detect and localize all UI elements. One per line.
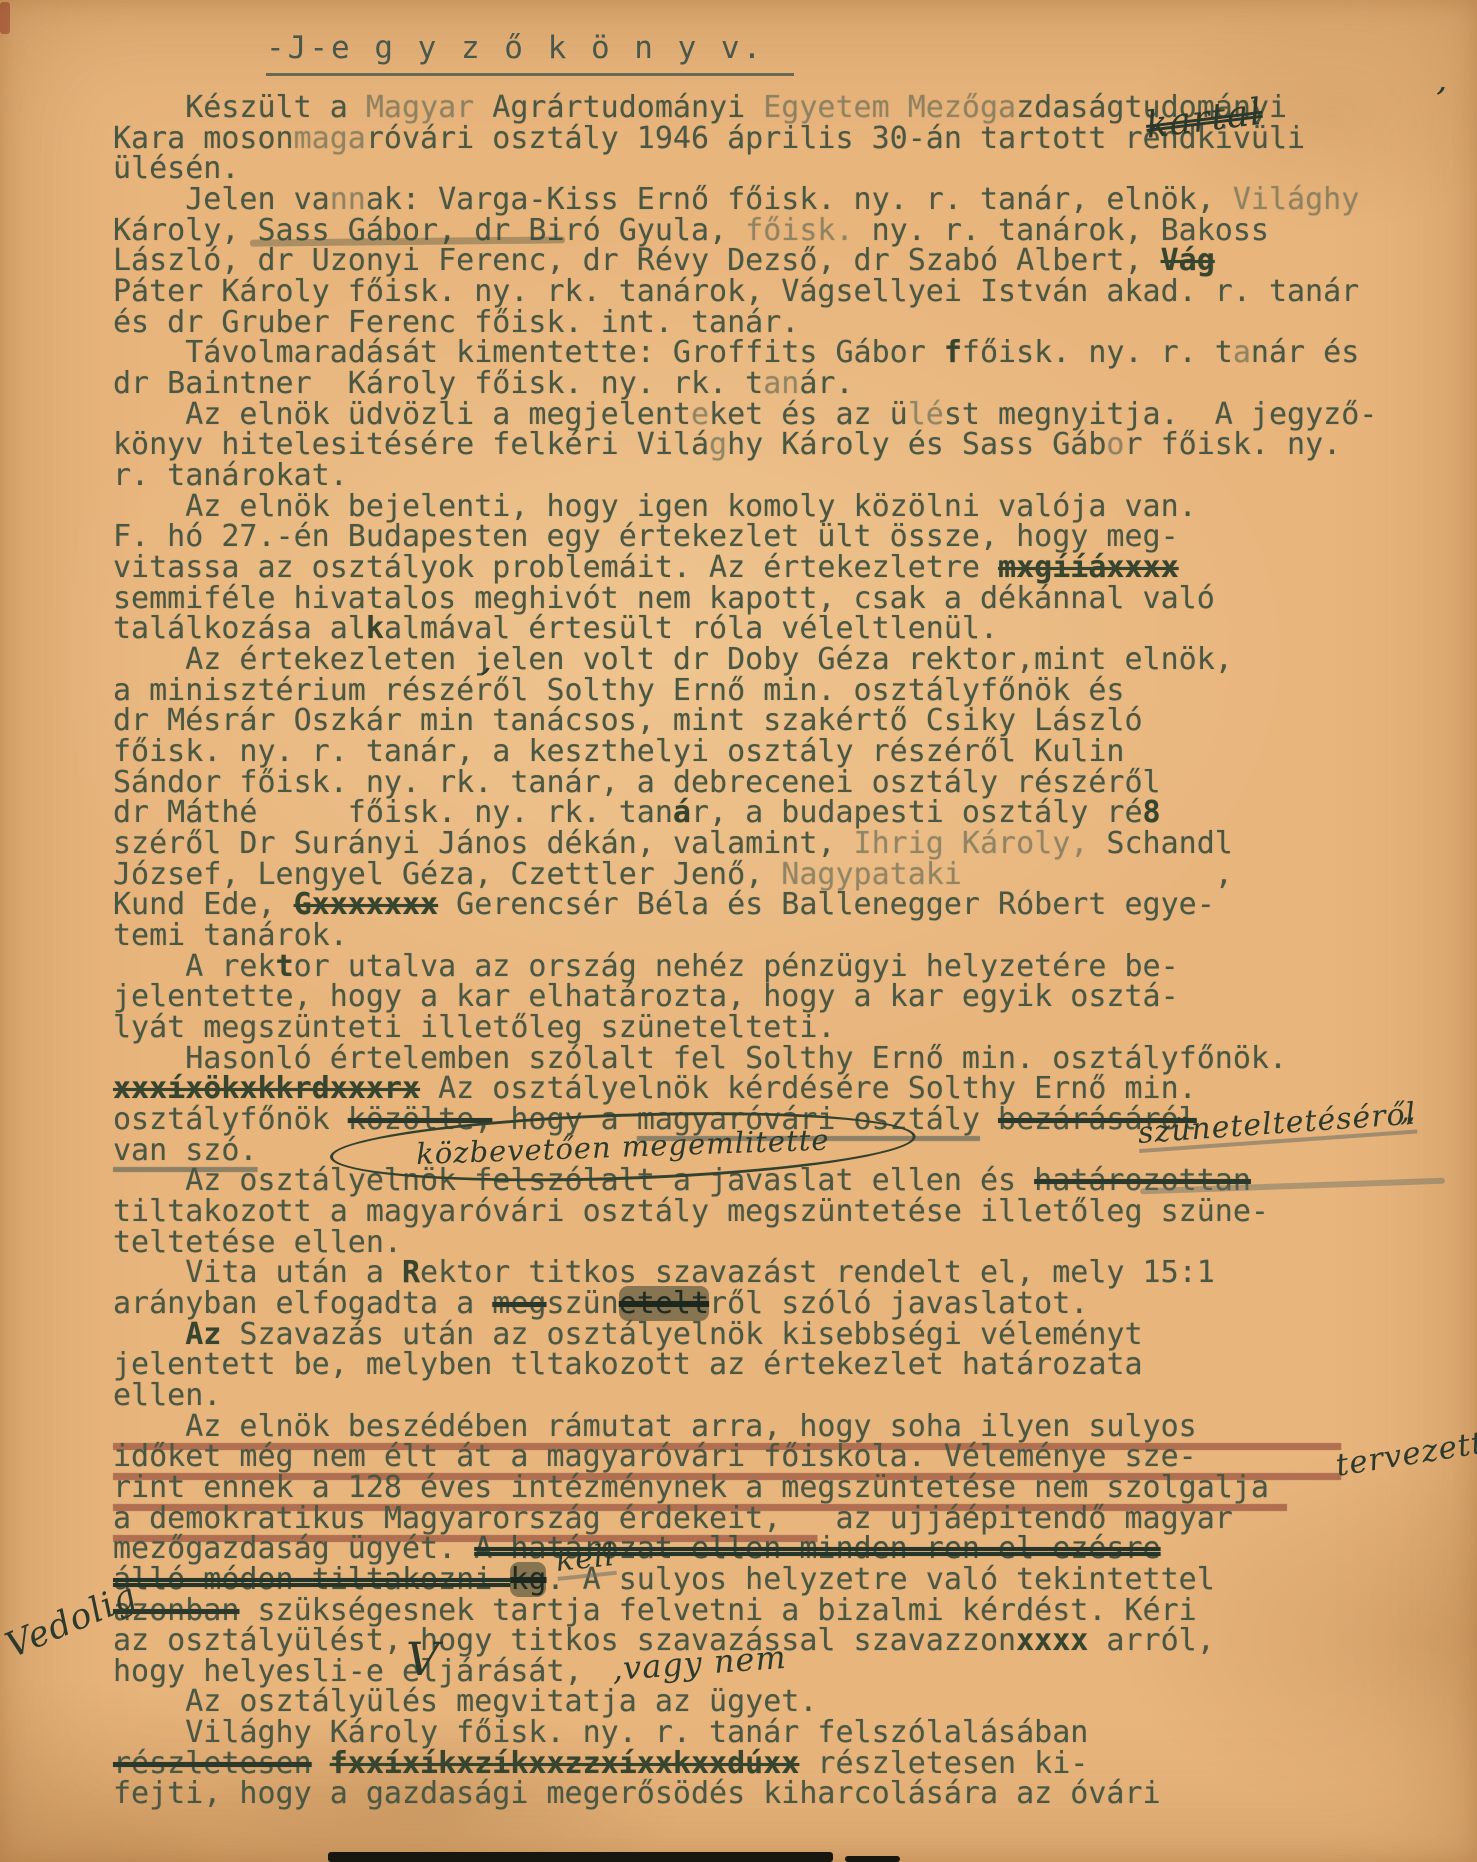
typed-line: részletesen fxxíxíkxzíkxxzzxíxxkxxdúxx r…: [113, 1748, 1088, 1779]
typed-line: Az osztályülés megvitatja az ügyet.: [113, 1686, 817, 1717]
typed-line: van szó.: [113, 1135, 258, 1166]
document-page: -J-e g y z ő k ö n y v. Készült a Magyar…: [0, 0, 1477, 1862]
typed-line: jelentett be, melyben tltakozott az érte…: [113, 1349, 1143, 1380]
typed-line: könyv hitelesitésére felkéri Világhy Kár…: [113, 429, 1341, 460]
typed-line: Vita után a Rektor titkos szavazást rend…: [113, 1257, 1215, 1288]
typed-line: Páter Károly főisk. ny. rk. tanárok, Vág…: [113, 276, 1359, 307]
typed-line: Kara mosonmagaróvári osztály 1946 áprili…: [113, 123, 1305, 154]
typed-line: dr Baintner Károly főisk. ny. rk. tanár.: [113, 368, 854, 399]
typed-line: Az Szavazás után az osztályelnök kisebbs…: [113, 1319, 1143, 1350]
typed-line: Kund Ede, Gxxxxxxx Gerencsér Béla és Bal…: [113, 889, 1215, 920]
corner-mark: [0, 2, 10, 34]
handwritten-word-kell: kell: [554, 1538, 616, 1579]
typed-line: Az elnök bejelenti, hogy igen komoly köz…: [113, 491, 1197, 522]
typed-line: álló módon tiltakozni kg. A sulyos helyz…: [113, 1564, 1215, 1595]
typed-line: találkozása alkalmával értesült róla vél…: [113, 613, 998, 644]
typed-line: Az értekezleten jelen volt dr Doby Géza …: [113, 644, 1233, 675]
typed-line: tiltakozott a magyaróvári osztály megszü…: [113, 1196, 1269, 1227]
typed-line: F. hó 27.-én Budapesten egy értekezlet ü…: [113, 521, 1179, 552]
typed-line: Sándor főisk. ny. rk. tanár, a debrecene…: [113, 767, 1161, 798]
typed-line: Jelen vannak: Varga-Kiss Ernő főisk. ny.…: [113, 184, 1359, 215]
typed-line: és dr Gruber Ferenc főisk. int. tanár.: [113, 307, 799, 338]
typed-line: Távolmaradását kimentette: Groffits Gábo…: [113, 337, 1359, 368]
typed-line: rint ennek a 128 éves intézménynek a meg…: [113, 1472, 1287, 1503]
typed-line: A rektor utalva az ország nehéz pénzügyi…: [113, 951, 1179, 982]
typed-line: temi tanárok.: [113, 920, 348, 951]
typed-line: xxxíxökxkkrdxxxrx Az osztályelnök kérdés…: [113, 1073, 1197, 1104]
typed-line: teltetése ellen.: [113, 1227, 402, 1258]
typed-line: Az elnök beszédében rámutat arra, hogy s…: [113, 1411, 1341, 1442]
typed-line: semmiféle hivatalos meghivót nem kapott,…: [113, 583, 1215, 614]
typed-line: jelentette, hogy a kar elhatározta, hogy…: [113, 981, 1179, 1012]
handwritten-tick-mark: ʼ: [1430, 80, 1447, 121]
typed-line: ellen.: [113, 1380, 221, 1411]
typed-line: vitassa az osztályok problemáit. Az érte…: [113, 552, 1179, 583]
typed-line: dr Mésrár Oszkár min tanácsos, mint szak…: [113, 705, 1143, 736]
typed-line: Készült a Magyar Agrártudományi Egyetem …: [113, 92, 1287, 123]
typed-line: arányban elfogadta a megszüneteltről szó…: [113, 1288, 1088, 1319]
typed-line: Hasonló értelemben szólalt fel Solthy Er…: [113, 1043, 1287, 1074]
handwritten-margin-word-tervezett: tervezett: [1333, 1425, 1477, 1484]
typed-line: dr Máthé főisk. ny. rk. tanár, a budapes…: [113, 797, 1161, 828]
typed-line: Világhy Károly főisk. ny. r. tanár felsz…: [113, 1717, 1088, 1748]
typed-line: főisk. ny. r. tanár, a keszthelyi osztál…: [113, 736, 1124, 767]
typed-line: a demokratikus Magyarország érdekeit, az…: [113, 1503, 1233, 1534]
typed-line: időket még nem élt át a magyaróvári főis…: [113, 1441, 1341, 1472]
document-title: -J-e g y z ő k ö n y v.: [266, 30, 794, 76]
typed-line: hogy helyesli-e eljárását,: [113, 1656, 583, 1687]
typed-line: széről Dr Surányi János dékán, valamint,…: [113, 828, 1233, 859]
typed-line: lyát megszünteti illetőleg szünetelteti.: [113, 1012, 835, 1043]
typed-line: fejti, hogy a gazdasági megerősödés kiha…: [113, 1778, 1161, 1809]
typed-line: József, Lengyel Géza, Czettler Jenő, Nag…: [113, 859, 1233, 890]
typed-line: László, dr Uzonyi Ferenc, dr Révy Dezső,…: [113, 245, 1215, 276]
page-bottom-shadow-bar: [328, 1852, 833, 1862]
handwritten-insert-v: V: [406, 1632, 440, 1686]
page-bottom-shadow-small: [845, 1856, 900, 1862]
typed-line: a minisztérium részéről Solthy Ernő min.…: [113, 675, 1124, 706]
typed-line: Az elnök üdvözli a megjelenteket és az ü…: [113, 399, 1377, 430]
typed-line: mezőgazdaság ügyét. A határozat ellen mi…: [113, 1533, 1161, 1564]
typed-line: azonban szükségesnek tartja felvetni a b…: [113, 1595, 1197, 1626]
typed-line: r. tanárokat.: [113, 460, 348, 491]
handwritten-quote-marks: „: [1400, 1094, 1417, 1129]
typed-line: ülésén.: [113, 153, 239, 184]
